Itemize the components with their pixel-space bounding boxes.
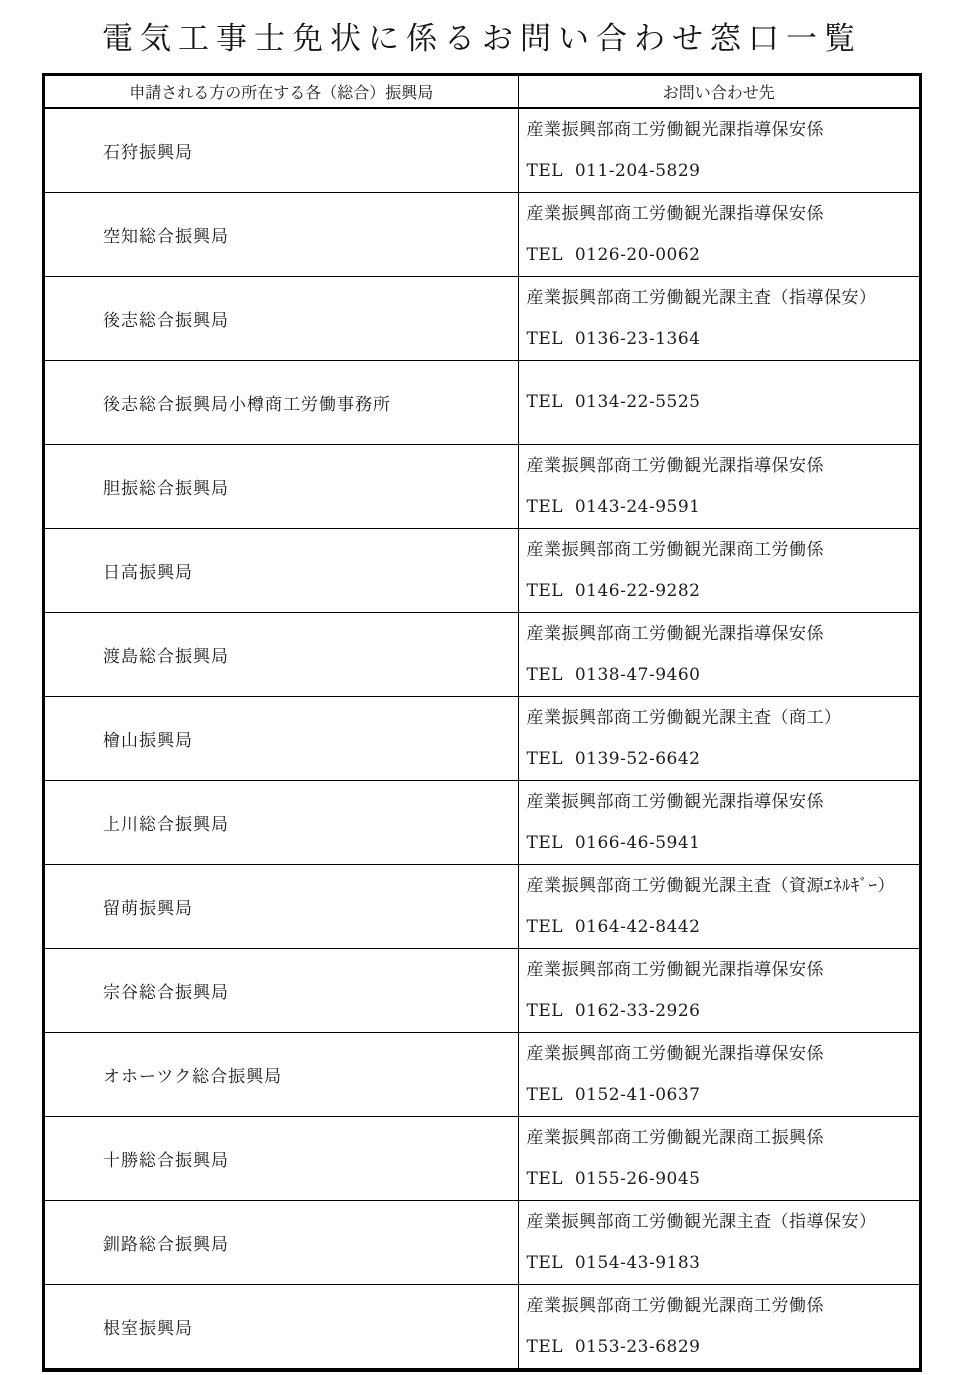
phone-number: TEL 0143-24-9591 [527, 497, 920, 518]
table-row: 空知総合振興局 産業振興部商工労働観光課指導保安係 TEL 0126-20-00… [45, 193, 919, 277]
contact-info: 産業振興部商工労働観光課主査（資源ｴﾈﾙｷﾞｰ） TEL 0164-42-844… [519, 865, 920, 948]
department-name: 産業振興部商工労働観光課商工振興係 [527, 1128, 920, 1149]
bureau-name: 留萌振興局 [45, 865, 518, 949]
bureau-name: オホーツク総合振興局 [45, 1033, 518, 1117]
contact-table: 申請される方の所在する各（総合）振興局 お問い合わせ先 石狩振興局 産業振興部商… [45, 76, 919, 1368]
bureau-name: 日高振興局 [45, 529, 518, 613]
bureau-name: 宗谷総合振興局 [45, 949, 518, 1033]
phone-number: TEL 0162-33-2926 [527, 1001, 920, 1022]
contact-info: 産業振興部商工労働観光課主査（指導保安） TEL 0154-43-9183 [519, 1201, 920, 1284]
table-row: 上川総合振興局 産業振興部商工労働観光課指導保安係 TEL 0166-46-59… [45, 781, 919, 865]
contact-cell: 産業振興部商工労働観光課指導保安係 TEL 0138-47-9460 [518, 613, 919, 697]
table-header-row: 申請される方の所在する各（総合）振興局 お問い合わせ先 [45, 76, 919, 108]
bureau-name: 後志総合振興局小樽商工労働事務所 [45, 361, 518, 445]
table-row: 後志総合振興局 産業振興部商工労働観光課主査（指導保安） TEL 0136-23… [45, 277, 919, 361]
column-header-bureau: 申請される方の所在する各（総合）振興局 [45, 76, 518, 108]
contact-info: 産業振興部商工労働観光課指導保安係 TEL 0138-47-9460 [519, 613, 920, 696]
contact-info: 産業振興部商工労働観光課商工労働係 TEL 0146-22-9282 [519, 529, 920, 612]
bureau-name: 檜山振興局 [45, 697, 518, 781]
table-row: オホーツク総合振興局 産業振興部商工労働観光課指導保安係 TEL 0152-41… [45, 1033, 919, 1117]
contact-cell: 産業振興部商工労働観光課主査（指導保安） TEL 0136-23-1364 [518, 277, 919, 361]
contact-info: 産業振興部商工労働観光課指導保安係 TEL 011-204-5829 [519, 109, 920, 192]
contact-cell: 産業振興部商工労働観光課商工労働係 TEL 0146-22-9282 [518, 529, 919, 613]
department-name: 産業振興部商工労働観光課主査（商工） [527, 708, 920, 729]
phone-number: TEL 0153-23-6829 [527, 1337, 920, 1358]
contact-cell: 産業振興部商工労働観光課指導保安係 TEL 0166-46-5941 [518, 781, 919, 865]
contact-cell: TEL 0134-22-5525 [518, 361, 919, 445]
contact-info: 産業振興部商工労働観光課指導保安係 TEL 0152-41-0637 [519, 1033, 920, 1116]
contact-cell: 産業振興部商工労働観光課指導保安係 TEL 0162-33-2926 [518, 949, 919, 1033]
table-header: 申請される方の所在する各（総合）振興局 お問い合わせ先 [45, 76, 919, 108]
phone-number: TEL 011-204-5829 [527, 161, 920, 182]
table-row: 十勝総合振興局 産業振興部商工労働観光課商工振興係 TEL 0155-26-90… [45, 1117, 919, 1201]
contact-info: 産業振興部商工労働観光課商工労働係 TEL 0153-23-6829 [519, 1285, 920, 1368]
contact-cell: 産業振興部商工労働観光課商工労働係 TEL 0153-23-6829 [518, 1285, 919, 1369]
contact-info: 産業振興部商工労働観光課商工振興係 TEL 0155-26-9045 [519, 1117, 920, 1200]
bureau-name: 後志総合振興局 [45, 277, 518, 361]
contact-info: 産業振興部商工労働観光課指導保安係 TEL 0162-33-2926 [519, 949, 920, 1032]
contact-info: 産業振興部商工労働観光課指導保安係 TEL 0166-46-5941 [519, 781, 920, 864]
phone-number: TEL 0152-41-0637 [527, 1085, 920, 1106]
table-row: 宗谷総合振興局 産業振興部商工労働観光課指導保安係 TEL 0162-33-29… [45, 949, 919, 1033]
table-body: 石狩振興局 産業振興部商工労働観光課指導保安係 TEL 011-204-5829… [45, 108, 919, 1368]
table-row: 胆振総合振興局 産業振興部商工労働観光課指導保安係 TEL 0143-24-95… [45, 445, 919, 529]
contact-cell: 産業振興部商工労働観光課指導保安係 TEL 011-204-5829 [518, 108, 919, 193]
table-row: 留萌振興局 産業振興部商工労働観光課主査（資源ｴﾈﾙｷﾞｰ） TEL 0164-… [45, 865, 919, 949]
contact-info: 産業振興部商工労働観光課主査（商工） TEL 0139-52-6642 [519, 697, 920, 780]
department-name: 産業振興部商工労働観光課指導保安係 [527, 1044, 920, 1065]
phone-number: TEL 0166-46-5941 [527, 833, 920, 854]
table-row: 釧路総合振興局 産業振興部商工労働観光課主査（指導保安） TEL 0154-43… [45, 1201, 919, 1285]
contact-cell: 産業振興部商工労働観光課指導保安係 TEL 0126-20-0062 [518, 193, 919, 277]
department-name: 産業振興部商工労働観光課指導保安係 [527, 456, 920, 477]
contact-info: 産業振興部商工労働観光課主査（指導保安） TEL 0136-23-1364 [519, 277, 920, 360]
phone-number: TEL 0136-23-1364 [527, 329, 920, 350]
department-name: 産業振興部商工労働観光課商工労働係 [527, 540, 920, 561]
table-row: 根室振興局 産業振興部商工労働観光課商工労働係 TEL 0153-23-6829 [45, 1285, 919, 1369]
contact-cell: 産業振興部商工労働観光課商工振興係 TEL 0155-26-9045 [518, 1117, 919, 1201]
bureau-name: 釧路総合振興局 [45, 1201, 518, 1285]
phone-number: TEL 0138-47-9460 [527, 665, 920, 686]
department-name: 産業振興部商工労働観光課主査（指導保安） [527, 1212, 920, 1233]
table-row: 後志総合振興局小樽商工労働事務所 TEL 0134-22-5525 [45, 361, 919, 445]
department-name: 産業振興部商工労働観光課主査（資源ｴﾈﾙｷﾞｰ） [527, 876, 920, 897]
phone-number: TEL 0146-22-9282 [527, 581, 920, 602]
table-row: 石狩振興局 産業振興部商工労働観光課指導保安係 TEL 011-204-5829 [45, 108, 919, 193]
department-name: 産業振興部商工労働観光課指導保安係 [527, 792, 920, 813]
contact-table-border: 申請される方の所在する各（総合）振興局 お問い合わせ先 石狩振興局 産業振興部商… [42, 73, 922, 1372]
contact-cell: 産業振興部商工労働観光課主査（指導保安） TEL 0154-43-9183 [518, 1201, 919, 1285]
department-name: 産業振興部商工労働観光課指導保安係 [527, 120, 920, 141]
phone-number: TEL 0164-42-8442 [527, 917, 920, 938]
bureau-name: 上川総合振興局 [45, 781, 518, 865]
bureau-name: 渡島総合振興局 [45, 613, 518, 697]
bureau-name: 胆振総合振興局 [45, 445, 518, 529]
department-name: 産業振興部商工労働観光課指導保安係 [527, 624, 920, 645]
table-row: 渡島総合振興局 産業振興部商工労働観光課指導保安係 TEL 0138-47-94… [45, 613, 919, 697]
contact-info: TEL 0134-22-5525 [519, 361, 920, 444]
department-name: 産業振興部商工労働観光課主査（指導保安） [527, 288, 920, 309]
phone-number: TEL 0155-26-9045 [527, 1169, 920, 1190]
phone-number: TEL 0154-43-9183 [527, 1253, 920, 1274]
contact-info: 産業振興部商工労働観光課指導保安係 TEL 0126-20-0062 [519, 193, 920, 276]
table-row: 檜山振興局 産業振興部商工労働観光課主査（商工） TEL 0139-52-664… [45, 697, 919, 781]
contact-cell: 産業振興部商工労働観光課指導保安係 TEL 0143-24-9591 [518, 445, 919, 529]
contact-cell: 産業振興部商工労働観光課主査（資源ｴﾈﾙｷﾞｰ） TEL 0164-42-844… [518, 865, 919, 949]
column-header-contact: お問い合わせ先 [518, 76, 919, 108]
phone-number: TEL 0126-20-0062 [527, 245, 920, 266]
department-name: 産業振興部商工労働観光課商工労働係 [527, 1296, 920, 1317]
phone-number: TEL 0134-22-5525 [527, 392, 920, 413]
bureau-name: 石狩振興局 [45, 108, 518, 193]
department-name: 産業振興部商工労働観光課指導保安係 [527, 960, 920, 981]
department-name: 産業振興部商工労働観光課指導保安係 [527, 204, 920, 225]
phone-number: TEL 0139-52-6642 [527, 749, 920, 770]
page-title: 電気工事士免状に係るお問い合わせ窓口一覧 [0, 13, 964, 58]
contact-cell: 産業振興部商工労働観光課主査（商工） TEL 0139-52-6642 [518, 697, 919, 781]
table-row: 日高振興局 産業振興部商工労働観光課商工労働係 TEL 0146-22-9282 [45, 529, 919, 613]
contact-info: 産業振興部商工労働観光課指導保安係 TEL 0143-24-9591 [519, 445, 920, 528]
bureau-name: 空知総合振興局 [45, 193, 518, 277]
bureau-name: 根室振興局 [45, 1285, 518, 1369]
contact-cell: 産業振興部商工労働観光課指導保安係 TEL 0152-41-0637 [518, 1033, 919, 1117]
bureau-name: 十勝総合振興局 [45, 1117, 518, 1201]
